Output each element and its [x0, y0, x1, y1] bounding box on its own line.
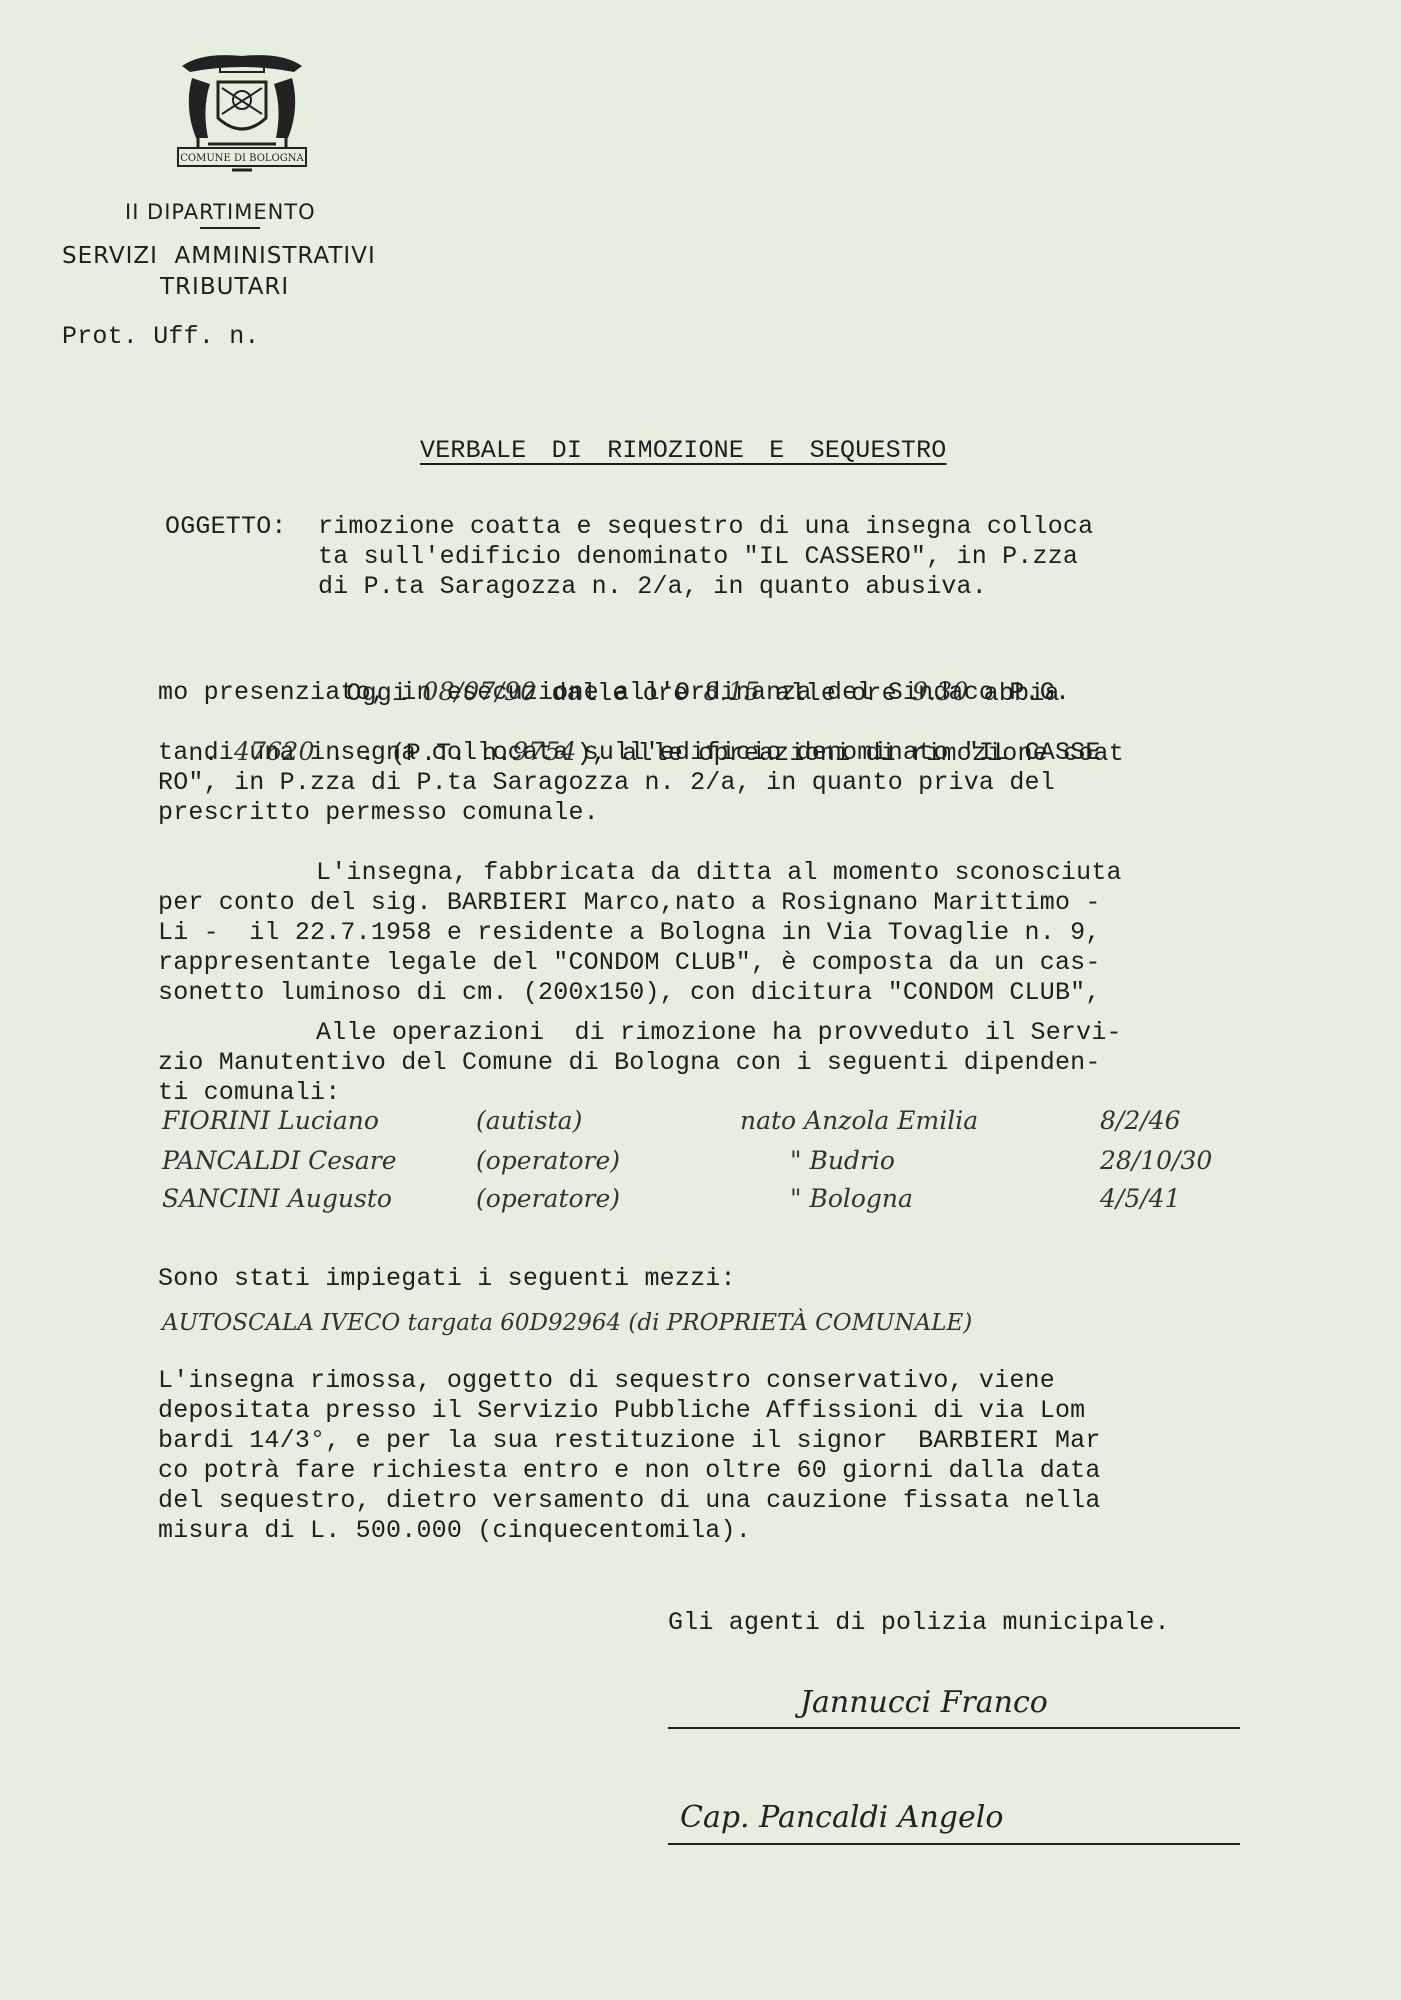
department-rule	[200, 227, 260, 229]
paragraph4-line: L'insegna rimossa, oggetto di sequestro …	[158, 1366, 1055, 1395]
employee-birthplace: " Budrio	[790, 1146, 895, 1175]
vehicle-entry: AUTOSCALA IVECO targata 60D92964 (di PRO…	[162, 1310, 972, 1336]
document-title: VERBALE DI RIMOZIONE E SEQUESTRO	[420, 436, 946, 465]
paragraph1-line: RO", in P.zza di P.ta Saragozza n. 2/a, …	[158, 768, 1055, 797]
employee-birthdate: 4/5/41	[1100, 1184, 1180, 1213]
paragraph3-line: ti comunali:	[158, 1078, 340, 1107]
paragraph4-line: co potrà fare richiesta entro e non oltr…	[158, 1456, 1101, 1485]
employee-birthdate: 28/10/30	[1100, 1146, 1212, 1175]
paragraph3-line: zio Manutentivo del Comune di Bologna co…	[158, 1048, 1101, 1077]
signature-1: Jannucci Franco	[800, 1685, 1048, 1720]
employee-name: SANCINI Augusto	[162, 1184, 392, 1213]
vehicles-intro: Sono stati impiegati i seguenti mezzi:	[158, 1264, 736, 1293]
paragraph4-line: bardi 14/3°, e per la sua restituzione i…	[158, 1426, 1101, 1455]
employee-birthplace: " Bologna	[790, 1184, 913, 1213]
service-name-line1: SERVIZI AMMINISTRATIVI	[62, 243, 376, 269]
paragraph2-line: per conto del sig. BARBIERI Marco,nato a…	[158, 888, 1101, 917]
protocol-number-label: Prot. Uff. n.	[62, 322, 260, 351]
employee-birthdate: 8/2/46	[1100, 1106, 1180, 1135]
employee-role: (operatore)	[476, 1146, 620, 1175]
paragraph2-line: Li - il 22.7.1958 e residente a Bologna …	[158, 918, 1101, 947]
employee-role: (operatore)	[476, 1184, 620, 1213]
signatures-heading: Gli agenti di polizia municipale.	[668, 1608, 1170, 1637]
paragraph2-line: L'insegna, fabbricata da ditta al moment…	[316, 858, 1122, 887]
paragraph4-line: misura di L. 500.000 (cinquecentomila).	[158, 1516, 751, 1545]
signature-2: Cap. Pancaldi Angelo	[680, 1800, 1003, 1835]
paragraph2-line: sonetto luminoso di cm. (200x150), con d…	[158, 978, 1101, 1007]
employee-name: PANCALDI Cesare	[162, 1146, 397, 1175]
employee-birthplace: nato Anzola Emilia	[740, 1106, 978, 1135]
department-name: II DIPARTIMENTO	[125, 200, 316, 224]
paragraph1-line: prescritto permesso comunale.	[158, 798, 599, 827]
paragraph4-line: del sequestro, dietro versamento di una …	[158, 1486, 1101, 1515]
paragraph3-line: Alle operazioni di rimozione ha provvedu…	[316, 1018, 1122, 1047]
paragraph1-line: ta di una insegna collocata sull'edifici…	[158, 738, 1101, 767]
paragraph4-line: depositata presso il Servizio Pubbliche …	[158, 1396, 1085, 1425]
comune-di-bologna-crest-icon: COMUNE DI BOLOGNA	[162, 48, 322, 178]
subject-line: ta sull'edificio denominato "IL CASSERO"…	[318, 542, 1078, 571]
signature-line-2	[668, 1843, 1240, 1845]
svg-text:COMUNE DI BOLOGNA: COMUNE DI BOLOGNA	[180, 153, 304, 164]
employee-name: FIORINI Luciano	[162, 1106, 379, 1135]
paragraph2-line: rappresentante legale del "CONDOM CLUB",…	[158, 948, 1101, 977]
signature-line-1	[668, 1727, 1240, 1729]
employee-role: (autista)	[476, 1106, 582, 1135]
subject-line: rimozione coatta e sequestro di una inse…	[318, 512, 1093, 541]
service-name-line2: TRIBUTARI	[160, 274, 289, 300]
subject-label: OGGETTO:	[165, 512, 287, 541]
subject-line: di P.ta Saragozza n. 2/a, in quanto abus…	[318, 572, 987, 601]
paragraph1-line: mo presenziato, in esecuzione all'Ordina…	[158, 678, 1070, 707]
